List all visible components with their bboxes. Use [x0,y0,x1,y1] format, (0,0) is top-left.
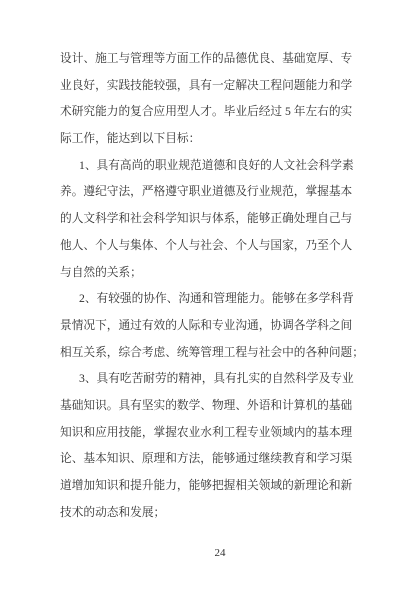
text-line: 与自然的关系； [60,260,352,287]
text-line: 术研究能力的复合应用型人才。毕业后经过 5 年左右的实 [60,99,352,126]
text-line: 景情况下，通过有效的人际和专业沟通，协调各学科之间 [60,313,352,340]
text-line: 知识和应用技能，掌握农业水利工程专业领域内的基本理 [60,420,352,447]
text-line: 相互关系，综合考虑、统筹管理工程与社会中的各种问题； [60,340,352,367]
text-line: 的人文科学和社会科学知识与体系，能够正确处理自己与 [60,206,352,233]
text-line: 技术的动态和发展； [60,500,352,527]
page-number: 24 [0,547,403,560]
text-line: 论、基本知识、原理和方法，能够通过继续教育和学习渠 [60,446,352,473]
text-line: 他人、个人与集体、个人与社会、个人与国家，乃至个人 [60,233,352,260]
text-line: 际工作，能达到以下目标： [60,126,352,153]
text-line: 养。遵纪守法，严格遵守职业道德及行业规范，掌握基本 [60,179,352,206]
body-text-block: 设计、施工与管理等方面工作的品德优良、基础宽厚、专业良好，实践技能较强，具有一定… [60,46,352,526]
document-page: 设计、施工与管理等方面工作的品德优良、基础宽厚、专业良好，实践技能较强，具有一定… [0,0,403,604]
text-line: 设计、施工与管理等方面工作的品德优良、基础宽厚、专 [60,46,352,73]
text-line: 业良好，实践技能较强，具有一定解决工程问题能力和学 [60,73,352,100]
text-line: 基础知识。具有坚实的数学、物理、外语和计算机的基础 [60,393,352,420]
text-line: 2、有较强的协作、沟通和管理能力。能够在多学科背 [60,286,352,313]
text-line: 3、具有吃苦耐劳的精神，具有扎实的自然科学及专业 [60,366,352,393]
text-line: 道增加知识和提升能力，能够把握相关领域的新理论和新 [60,473,352,500]
text-line: 1、具有高尚的职业规范道德和良好的人文社会科学素 [60,153,352,180]
